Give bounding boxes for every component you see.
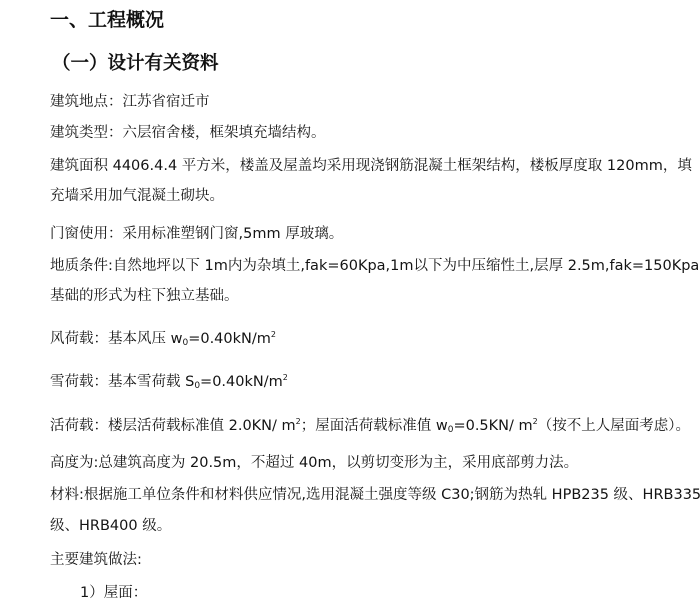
construction-practice: 主要建筑做法: [50, 551, 142, 569]
windows-doors: 门窗使用：采用标准塑钢门窗,5mm 厚玻璃。 [50, 225, 343, 243]
building-location: 建筑地点：江苏省宿迁市 [50, 93, 210, 111]
live-load: 活荷载：楼层活荷载标准值 2.0KN/ m2；屋面活荷载标准值 w0=0.5KN… [50, 413, 690, 439]
snow-superscript: 2 [283, 373, 288, 382]
wind-load-label: 风荷载：基本风压 w [50, 331, 182, 347]
snow-load: 雪荷载：基本雪荷载 S0=0.40kN/m2 [50, 369, 288, 395]
geology-line-2: 基础的形式为柱下独立基础。 [50, 287, 239, 305]
wind-load: 风荷载：基本风压 w0=0.40kN/m2 [50, 326, 276, 352]
wind-superscript: 2 [271, 330, 276, 339]
live-load-floor: 活荷载：楼层活荷载标准值 2.0KN/ m [50, 418, 296, 434]
materials-line-2: 级、HRB400 级。 [50, 517, 171, 535]
live-load-note: （按不上人屋面考虑）。 [538, 418, 690, 434]
roof-item: 1）屋面： [80, 584, 147, 602]
snow-load-label: 雪荷载：基本雪荷载 S [50, 374, 194, 390]
building-area-line-2: 充墙采用加气混凝土砌块。 [50, 187, 224, 205]
building-height: 高度为:总建筑高度为 20.5m，不超过 40m，以剪切变形为主，采用底部剪力法… [50, 454, 578, 472]
snow-load-value: =0.40kN/m [200, 374, 283, 390]
materials-line-1: 材料:根据施工单位条件和材料供应情况,选用混凝土强度等级 C30;钢筋为热轧 H… [50, 486, 700, 504]
building-type: 建筑类型：六层宿舍楼，框架填充墙结构。 [50, 124, 326, 142]
live-load-roof-label: ；屋面活荷载标准值 w [301, 418, 448, 434]
wind-load-value: =0.40kN/m [188, 331, 271, 347]
section-heading: 一、工程概况 [50, 8, 164, 32]
building-area-line-1: 建筑面积 4406.4.4 平方米，楼盖及屋盖均采用现浇钢筋混凝土框架结构，楼板… [50, 157, 692, 175]
geology-line-1: 地质条件:自然地坪以下 1m内为杂填土,fak=60Kpa,1m以下为中压缩性土… [50, 257, 700, 275]
live-load-roof-value: =0.5KN/ m [453, 418, 532, 434]
subsection-heading: （一）设计有关资料 [52, 52, 219, 76]
